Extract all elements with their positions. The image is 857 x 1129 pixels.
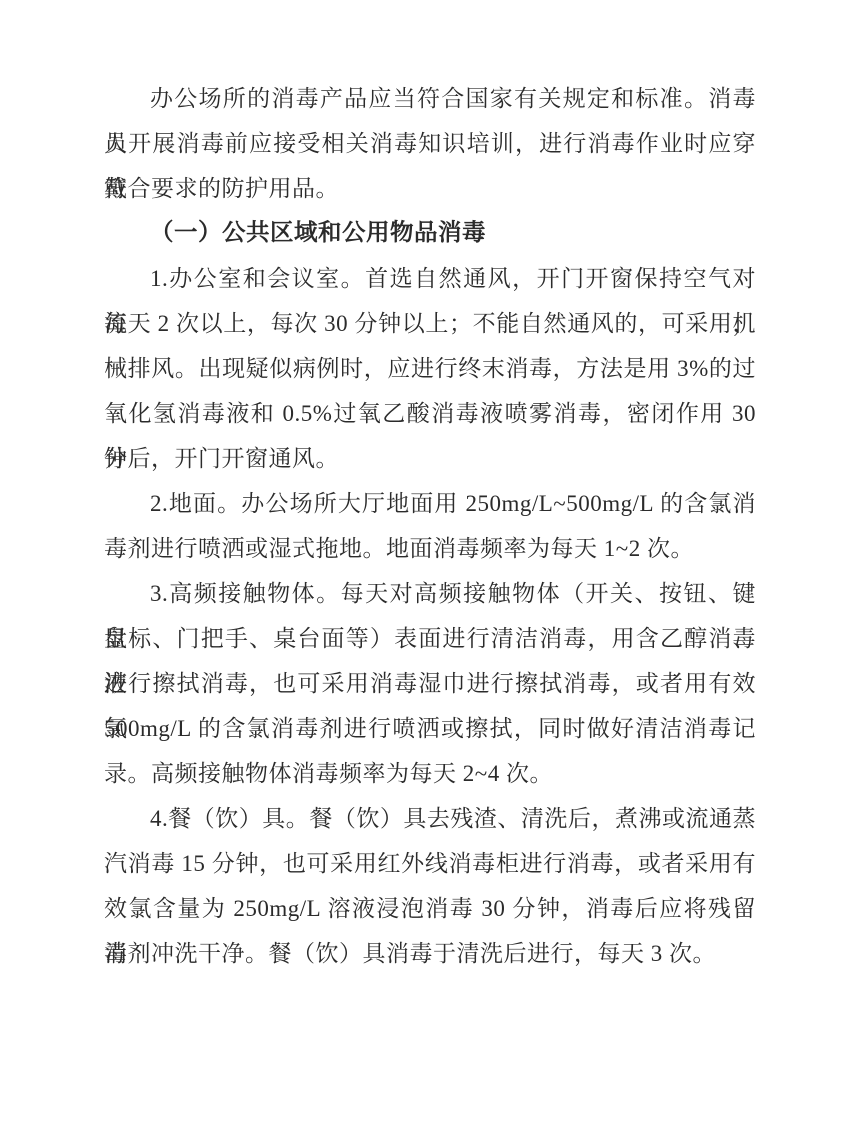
text-line: 每天 2 次以上，每次 30 分钟以上；不能自然通风的，可采用机 [104,301,756,346]
text-line: 4.餐（饮）具。餐（饮）具去残渣、清洗后，煮沸或流通蒸 [104,796,756,841]
document-body: 办公场所的消毒产品应当符合国家有关规定和标准。消毒人员开展消毒前应接受相关消毒知… [104,76,756,976]
section-heading: （一）公共区域和公用物品消毒 [104,211,756,256]
document-page: 办公场所的消毒产品应当符合国家有关规定和标准。消毒人员开展消毒前应接受相关消毒知… [0,0,857,1129]
text-line: 1.办公室和会议室。首选自然通风，开门开窗保持空气对流， [104,256,756,301]
text-line: 钟后，开门开窗通风。 [104,436,756,481]
paragraph: 4.餐（饮）具。餐（饮）具去残渣、清洗后，煮沸或流通蒸汽消毒 15 分钟，也可采… [104,796,756,976]
text-line: 鼠标、门把手、桌台面等）表面进行清洁消毒，用含乙醇消毒液 [104,616,756,661]
text-line: 录。高频接触物体消毒频率为每天 2~4 次。 [104,751,756,796]
text-line: 氧化氢消毒液和 0.5%过氧乙酸消毒液喷雾消毒，密闭作用 30 分 [104,391,756,436]
text-line: 效氯含量为 250mg/L 溶液浸泡消毒 30 分钟，消毒后应将残留消 [104,886,756,931]
text-line: （一）公共区域和公用物品消毒 [104,211,756,256]
paragraph: 2.地面。办公场所大厅地面用 250mg/L~500mg/L 的含氯消毒剂进行喷… [104,481,756,571]
text-line: 进行擦拭消毒，也可采用消毒湿巾进行擦拭消毒，或者用有效氯 [104,661,756,706]
paragraph: 1.办公室和会议室。首选自然通风，开门开窗保持空气对流，每天 2 次以上，每次 … [104,256,756,481]
text-line: 毒剂进行喷洒或湿式拖地。地面消毒频率为每天 1~2 次。 [104,526,756,571]
text-line: 械排风。出现疑似病例时，应进行终末消毒，方法是用 3%的过 [104,346,756,391]
text-line: 2.地面。办公场所大厅地面用 250mg/L~500mg/L 的含氯消 [104,481,756,526]
paragraph: 办公场所的消毒产品应当符合国家有关规定和标准。消毒人员开展消毒前应接受相关消毒知… [104,76,756,211]
text-line: 员开展消毒前应接受相关消毒知识培训，进行消毒作业时应穿戴 [104,121,756,166]
text-line: 汽消毒 15 分钟，也可采用红外线消毒柜进行消毒，或者采用有 [104,841,756,886]
text-line: 毒剂冲洗干净。餐（饮）具消毒于清洗后进行，每天 3 次。 [104,931,756,976]
text-line: 3.高频接触物体。每天对高频接触物体（开关、按钮、键盘、 [104,571,756,616]
text-line: 符合要求的防护用品。 [104,166,756,211]
text-line: 500mg/L 的含氯消毒剂进行喷洒或擦拭，同时做好清洁消毒记 [104,706,756,751]
paragraph: 3.高频接触物体。每天对高频接触物体（开关、按钮、键盘、鼠标、门把手、桌台面等）… [104,571,756,796]
text-line: 办公场所的消毒产品应当符合国家有关规定和标准。消毒人 [104,76,756,121]
